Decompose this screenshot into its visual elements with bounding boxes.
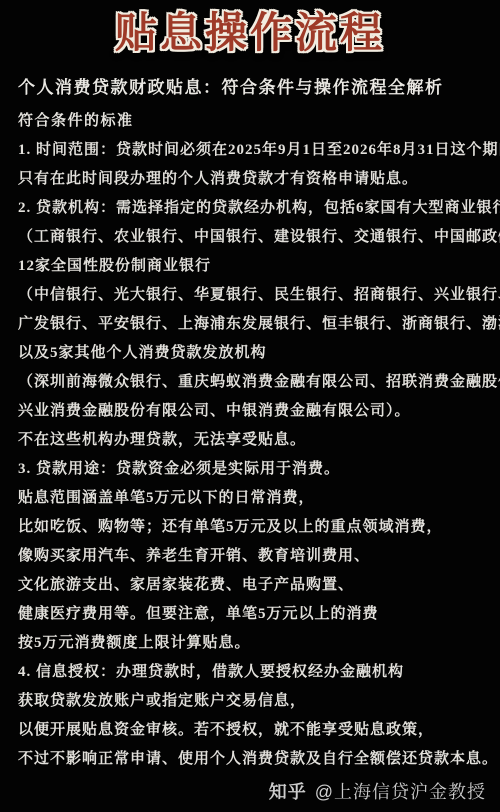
body-line: 按5万元消费额度上限计算贴息。 [18, 635, 486, 652]
body-line: 获取贷款发放账户或指定账户交易信息， [18, 693, 486, 710]
body-line: 健康医疗费用等。但要注意，单笔5万元以上的消费 [18, 606, 486, 623]
page-title: 贴息操作流程 [0, 10, 500, 58]
watermark: 知乎@上海信贷沪金教授 [269, 778, 486, 804]
body-line: 不在这些机构办理贷款，无法享受贴息。 [18, 432, 486, 449]
body-line: 像购买家用汽车、养老生育开销、教育培训费用、 [18, 548, 486, 565]
interest-subsidy-poster: 贴息操作流程 个人消费贷款财政贴息：符合条件与操作流程全解析 符合条件的标准 1… [0, 0, 500, 812]
body-line: 贴息范围涵盖单笔5万元以下的日常消费， [18, 490, 486, 507]
body-line: 2. 贷款机构：需选择指定的贷款经办机构，包括6家国有大型商业银行 [18, 200, 486, 217]
body-line: 比如吃饭、购物等；还有单笔5万元及以上的重点领域消费， [18, 519, 486, 536]
body-line: （工商银行、农业银行、中国银行、建设银行、交通银行、中国邮政储蓄银行） [18, 229, 486, 246]
body-line: 12家全国性股份制商业银行 [18, 258, 486, 275]
body-line: （中信银行、光大银行、华夏银行、民生银行、招商银行、兴业银行、 [18, 287, 486, 304]
body-line: 广发银行、平安银行、上海浦东发展银行、恒丰银行、浙商银行、渤海银行） [18, 316, 486, 333]
body-line: 兴业消费金融股份有限公司、中银消费金融有限公司）。 [18, 403, 486, 420]
body-text: 1. 时间范围：贷款时间必须在2025年9月1日至2026年8月31日这个期间只… [18, 142, 486, 768]
body-line: 3. 贷款用途：贷款资金必须是实际用于消费。 [18, 461, 486, 478]
body-line: 不过不影响正常申请、使用个人消费贷款及自行全额偿还贷款本息。 [18, 751, 486, 768]
body-line: 以便开展贴息资金审核。若不授权，就不能享受贴息政策， [18, 722, 486, 739]
body-line: 只有在此时间段办理的个人消费贷款才有资格申请贴息。 [18, 171, 486, 188]
watermark-author-handle: @上海信贷沪金教授 [315, 782, 486, 802]
body-line: （深圳前海微众银行、重庆蚂蚁消费金融有限公司、招联消费金融股份有限公司 [18, 374, 486, 391]
zhihu-brand-text: 知乎 [269, 782, 307, 802]
section-heading-eligibility: 符合条件的标准 [18, 112, 482, 130]
body-line: 以及5家其他个人消费贷款发放机构 [18, 345, 486, 362]
body-line: 1. 时间范围：贷款时间必须在2025年9月1日至2026年8月31日这个期间 [18, 142, 486, 159]
body-line: 4. 信息授权：办理贷款时，借款人要授权经办金融机构 [18, 664, 486, 681]
body-line: 文化旅游支出、家居家装花费、电子产品购置、 [18, 577, 486, 594]
poster-subtitle: 个人消费贷款财政贴息：符合条件与操作流程全解析 [18, 78, 482, 98]
